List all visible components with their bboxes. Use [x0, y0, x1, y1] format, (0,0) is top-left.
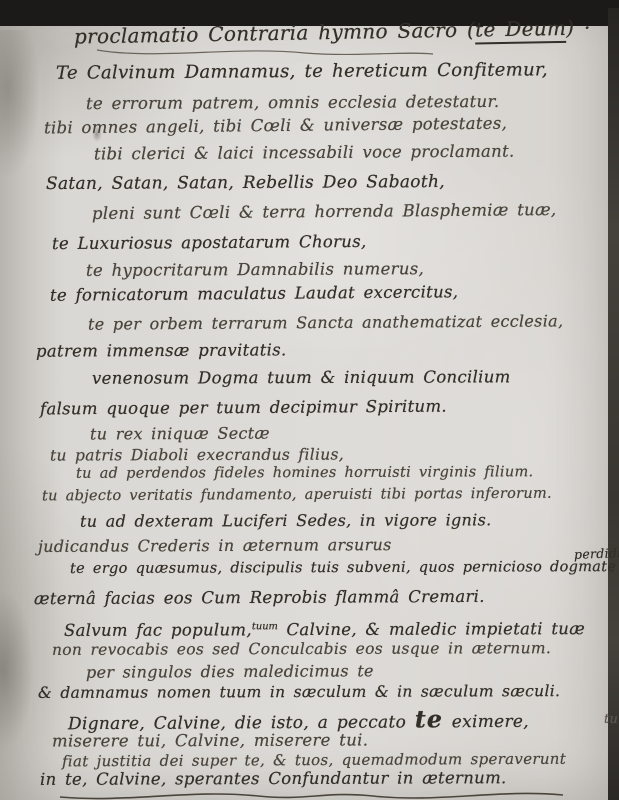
- line22-pre: Salvum fac populum,: [64, 620, 252, 640]
- manuscript-line-9: te fornicatorum maculatus Laudat excerci…: [50, 282, 458, 305]
- stain: [0, 30, 40, 180]
- manuscript-line-3: tibi omnes angeli, tibi Cœli & universæ …: [44, 114, 507, 138]
- title-underlined-te-deum: te Deum: [475, 16, 567, 45]
- line26-emphasized-te: te: [415, 705, 443, 733]
- manuscript-page: proclamatio Contraria hymno Sacro (te De…: [0, 0, 619, 800]
- manuscript-line-14: tu rex iniquæ Sectæ: [90, 424, 270, 444]
- line22-post: Calvine, & maledic impietati tuæ: [278, 619, 585, 639]
- manuscript-line-1: Te Calvinum Damnamus, te hereticum Confi…: [56, 59, 548, 83]
- manuscript-line-8: te hypocritarum Damnabilis numerus,: [86, 259, 424, 280]
- interlinear-tuum: tuum: [252, 621, 278, 632]
- manuscript-line-13: falsum quoque per tuum decipimur Spiritu…: [40, 397, 447, 419]
- manuscript-line-22: Salvum fac populum,tuum Calvine, & maled…: [64, 619, 585, 640]
- line26-post: eximere,: [443, 712, 529, 732]
- manuscript-line-2: te errorum patrem, omnis ecclesia detest…: [86, 92, 499, 113]
- manuscript-line-11: patrem immensæ pravitatis.: [36, 340, 287, 360]
- manuscript-line-21: æternâ facias eos Cum Reprobis flammâ Cr…: [34, 587, 485, 608]
- manuscript-line-23: non revocabis eos sed Conculcabis eos us…: [52, 639, 551, 659]
- manuscript-line-18: tu ad dexteram Luciferi Sedes, in vigore…: [80, 510, 492, 530]
- manuscript-line-27: miserere tui, Calvine, miserere tui.: [52, 730, 368, 750]
- manuscript-line-29: in te, Calvine, sperantes Confundantur i…: [40, 768, 507, 789]
- manuscript-line-4: tibi clerici & laici incessabili voce pr…: [94, 142, 515, 164]
- manuscript-line-20: te ergo quæsumus, discipulis tuis subven…: [70, 559, 616, 577]
- manuscript-line-15: tu patris Diaboli execrandus filius,: [50, 445, 344, 464]
- manuscript-line-5: Satan, Satan, Satan, Rebellis Deo Sabaot…: [46, 172, 445, 194]
- manuscript-line-16: tu ad perdendos fideles homines horruist…: [76, 464, 533, 482]
- manuscript-line-10: te per orbem terrarum Sancta anathematiz…: [88, 311, 563, 333]
- manuscript-line-19: judicandus Crederis in æternum arsurus: [38, 535, 392, 556]
- manuscript-line-17: tu abjecto veritatis fundamento, aperuis…: [42, 486, 552, 505]
- manuscript-line-6: pleni sunt Cœli & terra horrenda Blasphe…: [92, 200, 557, 223]
- right-margin-fragment: tu: [604, 712, 618, 727]
- manuscript-line-12: venenosum Dogma tuum & iniquum Concilium: [92, 367, 511, 387]
- manuscript-line-24: per singulos dies maledicimus te: [86, 661, 374, 682]
- page-gutter-shadow: [608, 8, 619, 800]
- manuscript-line-28: fiat justitia dei super te, & tuos, quem…: [62, 750, 566, 771]
- title-flourish: [95, 44, 435, 60]
- manuscript-line-7: te Luxuriosus apostatarum Chorus,: [52, 232, 367, 253]
- stain: [0, 590, 34, 750]
- manuscript-line-25: & damnamus nomen tuum in sæculum & in sæ…: [38, 682, 560, 702]
- title-suffix: ) ·: [566, 15, 591, 39]
- closing-flourish: [58, 788, 568, 800]
